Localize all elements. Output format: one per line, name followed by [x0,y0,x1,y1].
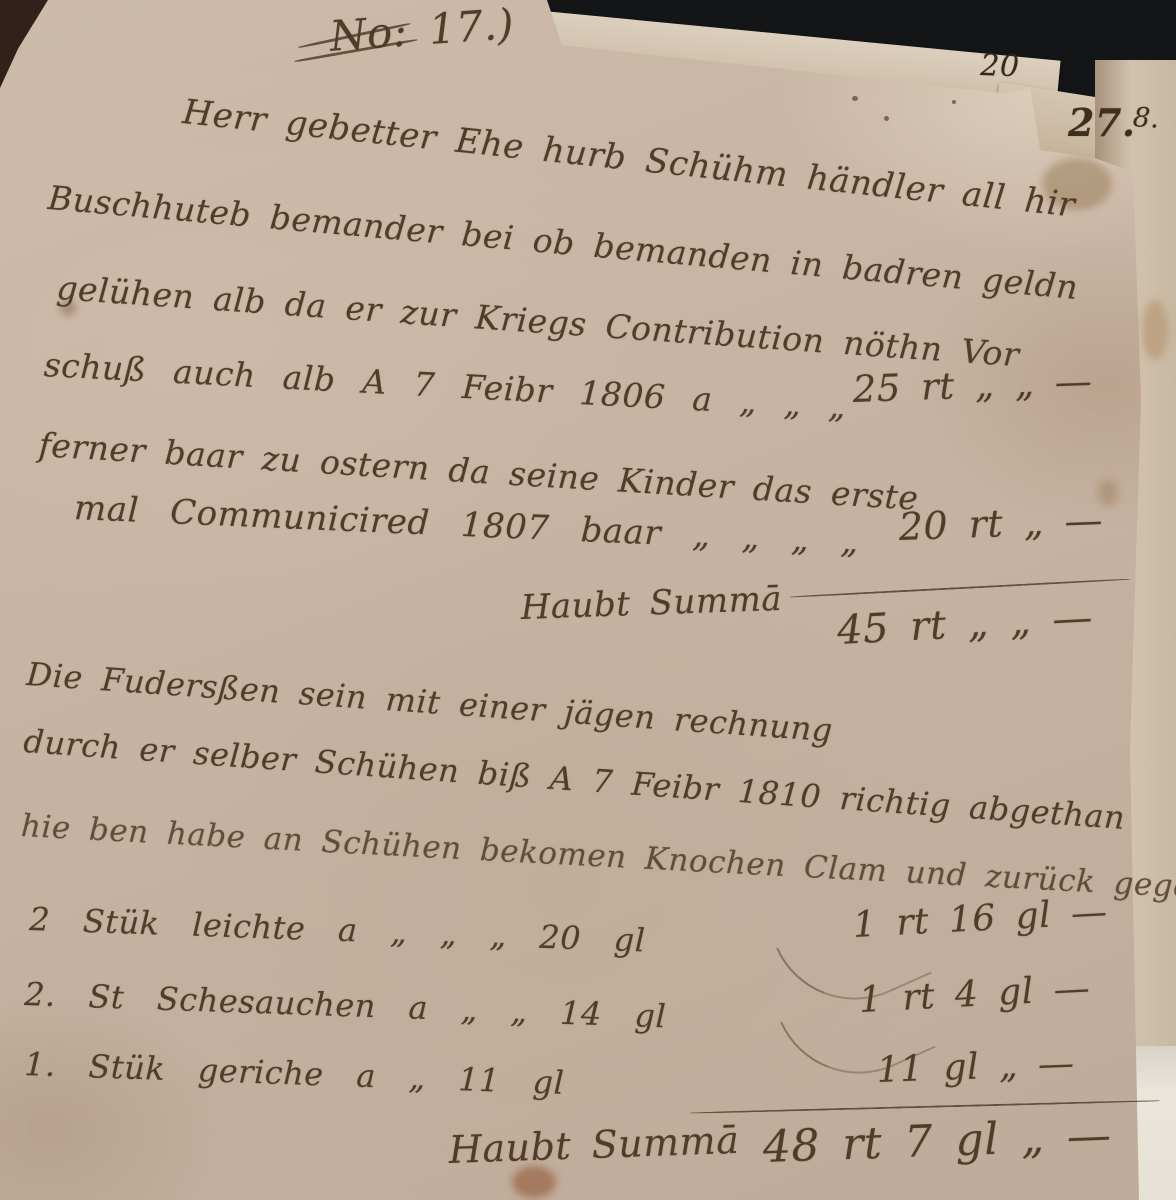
ink-speck [884,116,889,121]
ink-stain [512,1166,556,1198]
amount-value: 20 rt „ — [898,498,1104,549]
paper-stain [1142,300,1168,360]
ink-speck [952,100,956,104]
photo-background: { "colors": { "photo_background": "#1415… [0,0,1176,1200]
ink-speck [852,96,858,101]
item-amount: 11 gl „ — [876,1043,1075,1091]
page-number: 27. [1068,100,1136,145]
amount-value: 25 rt „ „ — [852,360,1093,411]
edge-number-20: 20 [980,48,1020,84]
edge-number-8: 8. [1132,102,1161,135]
